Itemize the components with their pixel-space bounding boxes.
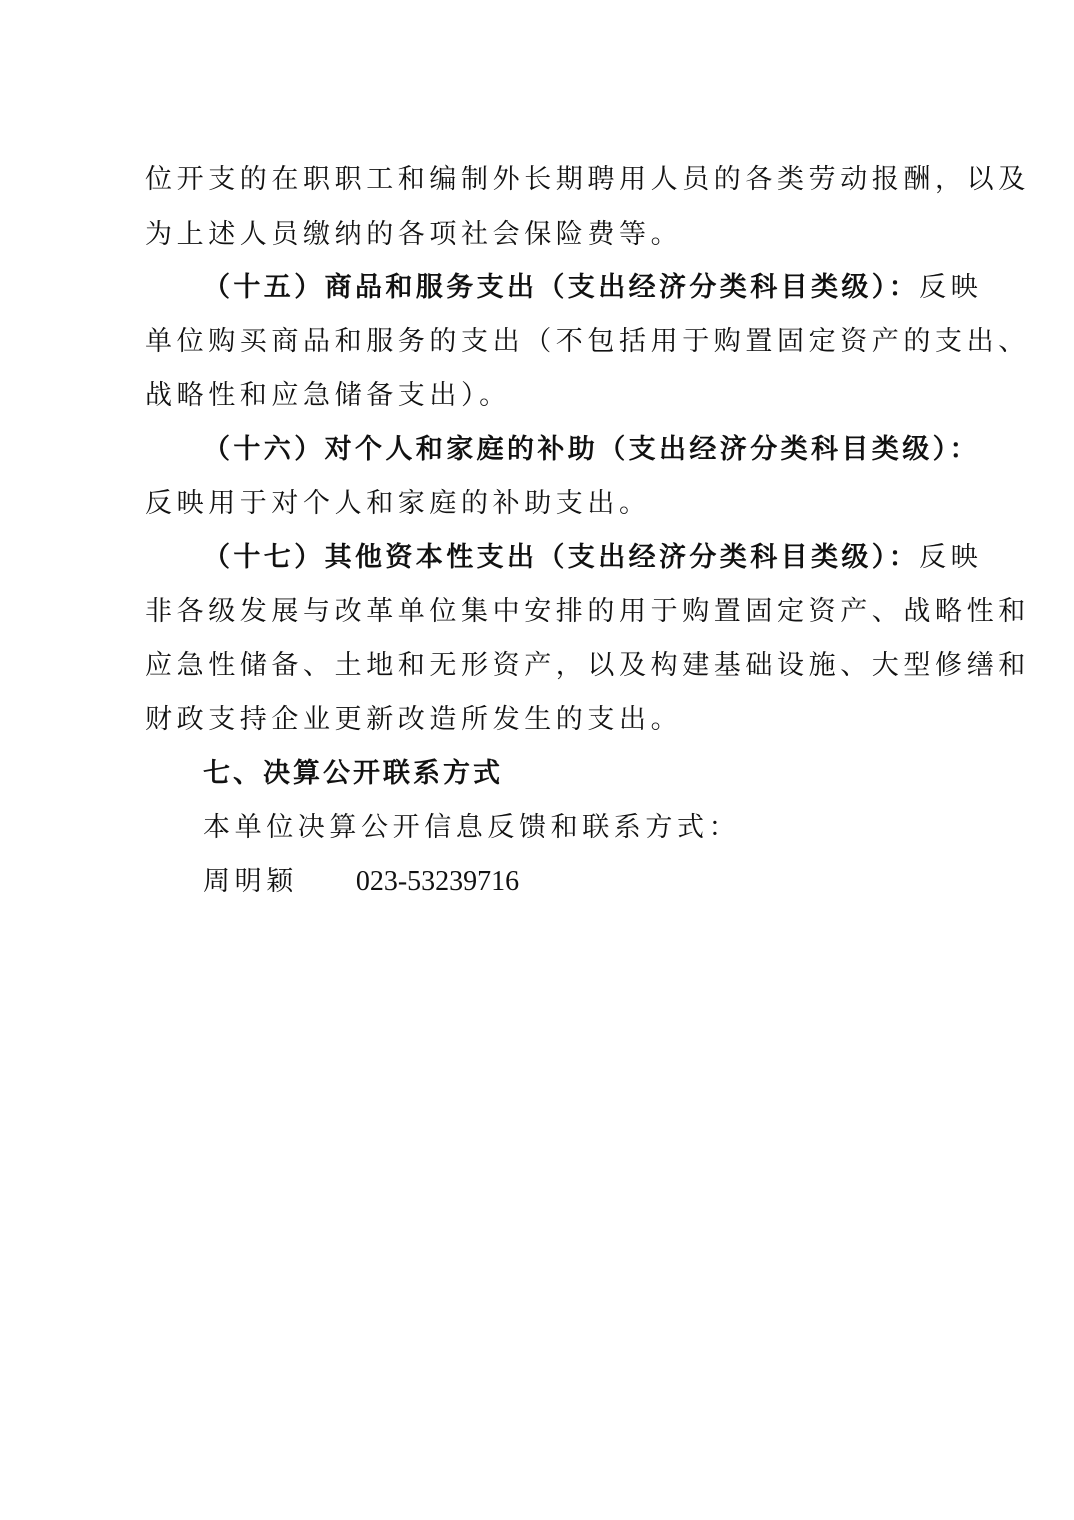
item-17-text: 反映 <box>919 542 982 573</box>
contact-intro: 本单位决算公开信息反馈和联系方式： <box>203 808 1003 848</box>
paragraph-line: 位开支的在职职工和编制外长期聘用人员的各类劳动报酬，以及 <box>145 160 945 200</box>
item-15-term: （十五）商品和服务支出（支出经济分类科目类级）： <box>203 272 919 303</box>
document-page: 位开支的在职职工和编制外长期聘用人员的各类劳动报酬，以及 为上述人员缴纳的各项社… <box>0 0 1074 1520</box>
section-heading: 七、决算公开联系方式 <box>203 754 1003 794</box>
paragraph-line: 战略性和应急储备支出）。 <box>145 376 945 416</box>
paragraph-line: 非各级发展与改革单位集中安排的用于购置固定资产、战略性和 <box>145 592 945 632</box>
paragraph-line: 反映用于对个人和家庭的补助支出。 <box>145 484 945 524</box>
item-17-line: （十七）其他资本性支出（支出经济分类科目类级）：反映 <box>203 538 1003 578</box>
item-16-term: （十六）对个人和家庭的补助（支出经济分类科目类级）： <box>203 434 980 465</box>
paragraph-line: 单位购买商品和服务的支出（不包括用于购置固定资产的支出、 <box>145 322 945 362</box>
paragraph-line: 财政支持企业更新改造所发生的支出。 <box>145 700 945 740</box>
contact-line: 周明颖023-53239716 <box>203 862 1003 902</box>
contact-name: 周明颖 <box>203 866 298 897</box>
contact-phone: 023-53239716 <box>356 866 519 897</box>
paragraph-line: 为上述人员缴纳的各项社会保险费等。 <box>145 215 945 255</box>
item-17-term: （十七）其他资本性支出（支出经济分类科目类级）： <box>203 542 919 573</box>
paragraph-line: 应急性储备、土地和无形资产，以及构建基础设施、大型修缮和 <box>145 646 945 686</box>
item-15-line: （十五）商品和服务支出（支出经济分类科目类级）：反映 <box>203 268 1003 308</box>
item-16-line: （十六）对个人和家庭的补助（支出经济分类科目类级）： <box>203 430 1003 470</box>
item-15-text: 反映 <box>919 272 982 303</box>
